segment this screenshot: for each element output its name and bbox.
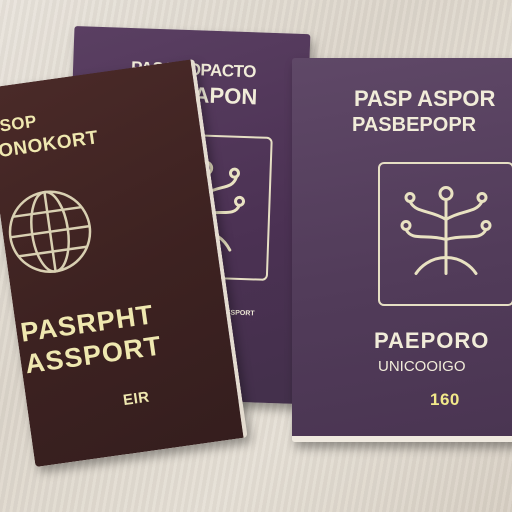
passport-right-title-1: PASP ASPOR (354, 86, 495, 112)
passport-right-bottom-1: PAEPORO (374, 328, 489, 354)
passport-right-emblem-frame (378, 162, 512, 306)
passport-right-title-2: PASBEPOPR (352, 114, 476, 137)
passport-front-title-1: SSOP (0, 112, 38, 139)
passport-front-code: EIR (122, 389, 151, 410)
passport-right-bottom-2: UNICOOIGO (378, 358, 466, 375)
passport-right-number: 160 (430, 390, 460, 410)
passport-right: PASP ASPOR PASBEPOPR PAEPORO UNICOOI (292, 58, 512, 442)
globe-icon (0, 171, 103, 297)
floral-crest-icon (396, 182, 496, 287)
